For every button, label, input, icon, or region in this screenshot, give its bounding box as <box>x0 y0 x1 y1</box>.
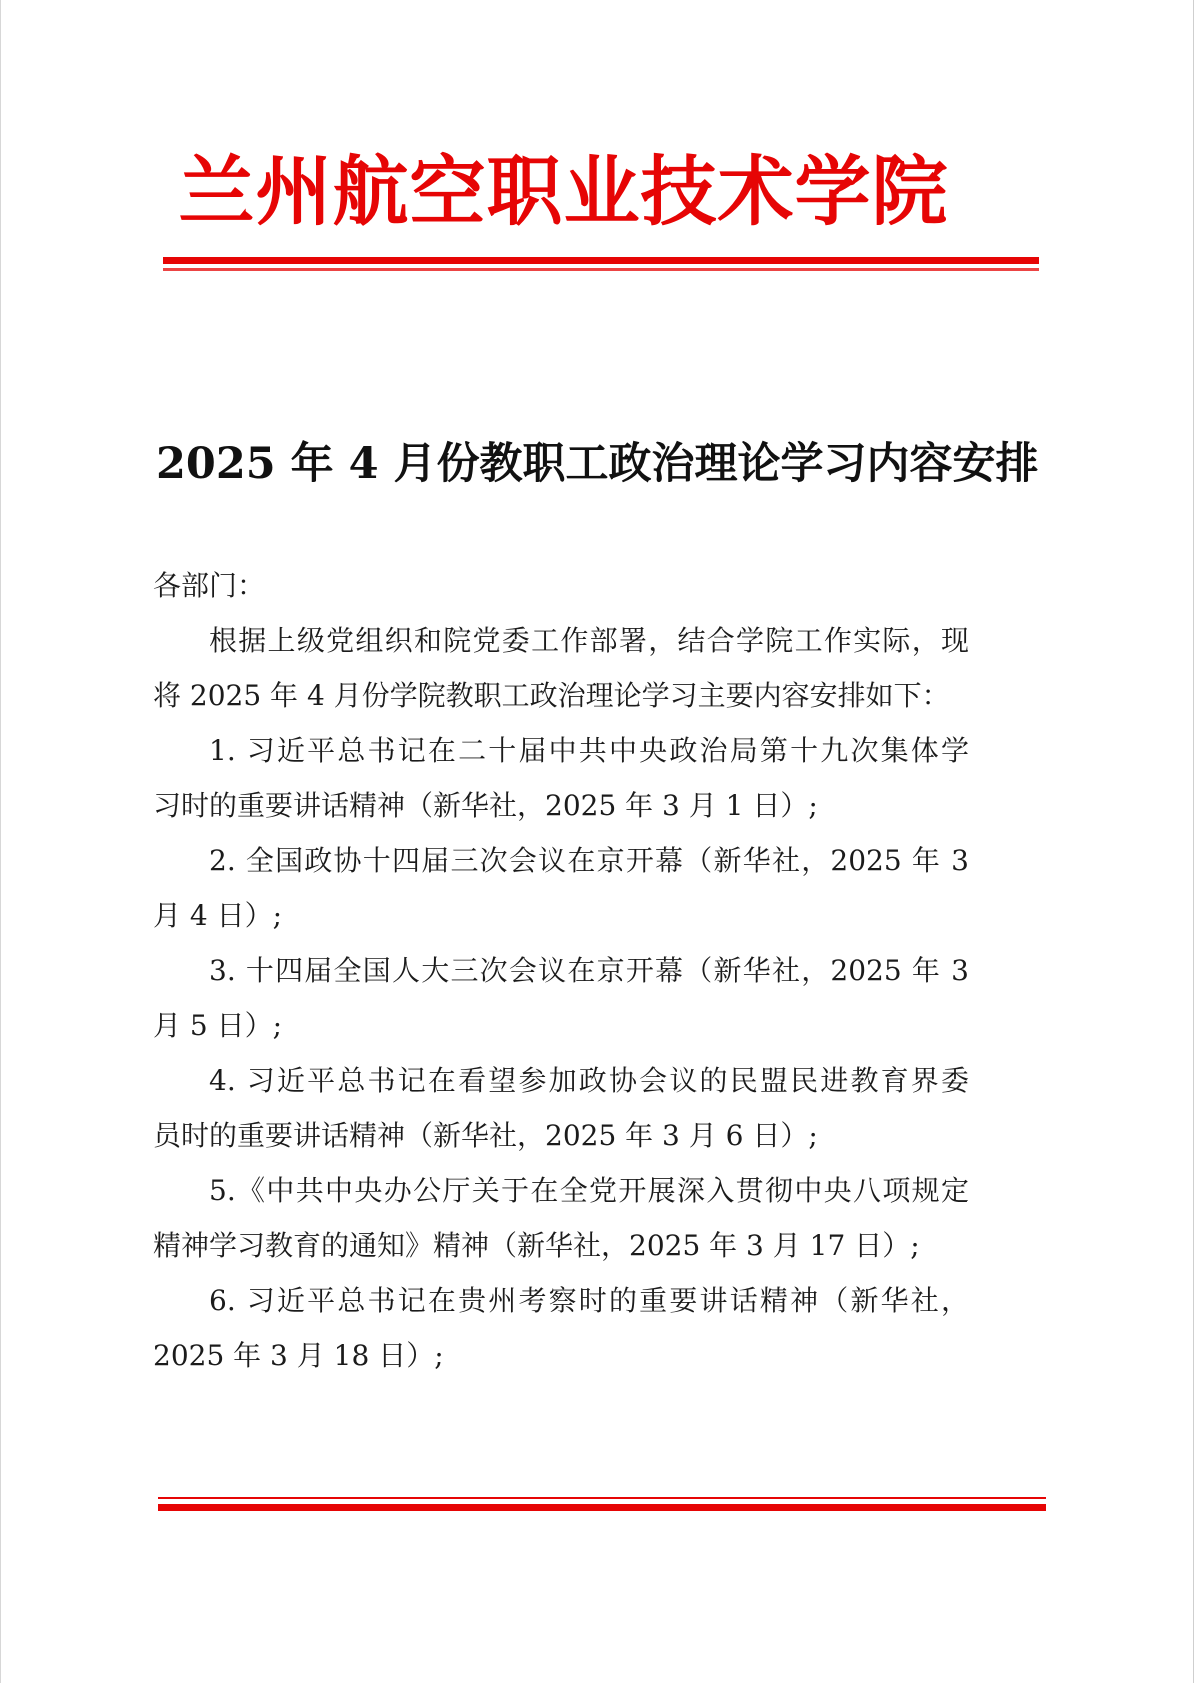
paragraph: 1. 习近平总书记在二十届中共中央政治局第十九次集体学习时的重要讲话精神（新华社… <box>153 723 969 833</box>
body-line: 5.《中共中央办公厅关于在全党开展深入贯彻中央八项规定 <box>153 1163 969 1218</box>
body-line: 1. 习近平总书记在二十届中共中央政治局第十九次集体学 <box>153 723 969 778</box>
body-line: 根据上级党组织和院党委工作部署，结合学院工作实际，现 <box>153 613 969 668</box>
document-body: 各部门： 根据上级党组织和院党委工作部署，结合学院工作实际，现将 2025 年 … <box>153 558 969 1383</box>
body-paragraphs: 根据上级党组织和院党委工作部署，结合学院工作实际，现将 2025 年 4 月份学… <box>153 613 969 1383</box>
rule-thick-line <box>158 1504 1046 1511</box>
body-line: 月 5 日）; <box>153 998 969 1053</box>
paragraph: 5.《中共中央办公厅关于在全党开展深入贯彻中央八项规定精神学习教育的通知》精神（… <box>153 1163 969 1273</box>
body-line: 2. 全国政协十四届三次会议在京开幕（新华社，2025 年 3 <box>153 833 969 888</box>
body-line: 月 4 日）; <box>153 888 969 943</box>
paragraph: 根据上级党组织和院党委工作部署，结合学院工作实际，现将 2025 年 4 月份学… <box>153 613 969 723</box>
letterhead-double-rule <box>163 257 1039 271</box>
body-line: 3. 十四届全国人大三次会议在京开幕（新华社，2025 年 3 <box>153 943 969 998</box>
paragraph: 6. 习近平总书记在贵州考察时的重要讲话精神（新华社，2025 年 3 月 18… <box>153 1273 969 1383</box>
salutation: 各部门： <box>153 558 969 613</box>
letterhead-school-name: 兰州航空职业技术学院 <box>156 146 971 237</box>
body-line: 2025 年 3 月 18 日）; <box>153 1328 969 1383</box>
body-line: 精神学习教育的通知》精神（新华社，2025 年 3 月 17 日）; <box>153 1218 969 1273</box>
rule-thick-line <box>163 257 1039 264</box>
paragraph: 2. 全国政协十四届三次会议在京开幕（新华社，2025 年 3月 4 日）; <box>153 833 969 943</box>
paragraph: 4. 习近平总书记在看望参加政协会议的民盟民进教育界委员时的重要讲话精神（新华社… <box>153 1053 969 1163</box>
body-line: 4. 习近平总书记在看望参加政协会议的民盟民进教育界委 <box>153 1053 969 1108</box>
body-line: 员时的重要讲话精神（新华社，2025 年 3 月 6 日）; <box>153 1108 969 1163</box>
footer-double-rule <box>158 1497 1046 1511</box>
document-title: 2025 年 4 月份教职工政治理论学习内容安排 <box>156 437 971 493</box>
rule-thin-line <box>163 268 1039 271</box>
document-page: 兰州航空职业技术学院 2025 年 4 月份教职工政治理论学习内容安排 各部门：… <box>0 0 1194 1683</box>
paragraph: 3. 十四届全国人大三次会议在京开幕（新华社，2025 年 3月 5 日）; <box>153 943 969 1053</box>
body-line: 习时的重要讲话精神（新华社，2025 年 3 月 1 日）; <box>153 778 969 833</box>
body-line: 将 2025 年 4 月份学院教职工政治理论学习主要内容安排如下： <box>153 668 969 723</box>
body-line: 6. 习近平总书记在贵州考察时的重要讲话精神（新华社， <box>153 1273 969 1328</box>
